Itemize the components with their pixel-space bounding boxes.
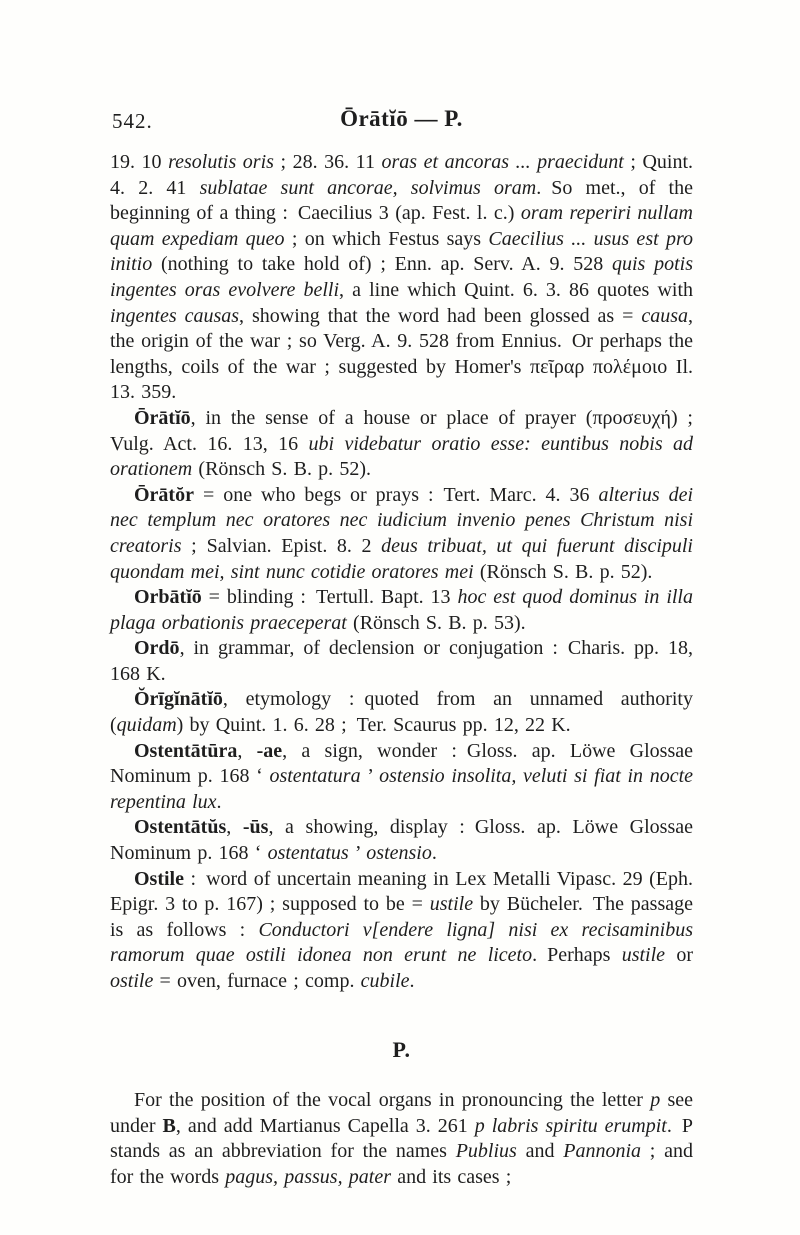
text-run: ustile (622, 944, 665, 966)
text-run: . (432, 842, 437, 864)
paragraph: 19. 10 resolutis oris ; 28. 36. 11 oras … (110, 150, 693, 406)
text-run: 19. 10 (110, 151, 168, 173)
text-run: -ūs (243, 816, 269, 838)
text-run: -ae (257, 740, 283, 762)
text-run: . (410, 970, 415, 992)
text-run: Ōrātĭō (134, 407, 191, 429)
text-run: Publius (456, 1140, 517, 1162)
text-run: ) by Quint. 1. 6. 28 ; Ter. Scaurus pp. … (177, 714, 571, 736)
paragraph: Ŏrīgĭnātĭō, etymology : quoted from an u… (110, 687, 693, 738)
text-run: p (650, 1089, 660, 1111)
text-run: ’ (349, 842, 367, 864)
text-run: πεῖραρ πολέμοιο (530, 356, 667, 378)
text-run: Ostentātūra (134, 740, 237, 762)
paragraph: Ōrātĭō, in the sense of a house or place… (110, 406, 693, 483)
text-run: ostile (110, 970, 153, 992)
text-run: ’ (361, 765, 380, 787)
text-run: , showing that the word had been glossed… (239, 305, 641, 327)
text-run: . (217, 791, 222, 813)
text-run: or (665, 944, 693, 966)
text-run: Ōrātŏr (134, 484, 194, 506)
text-run: προσευχή (592, 407, 671, 429)
paragraph: Orbātĭō = blinding : Tertull. Bapt. 13 h… (110, 585, 693, 636)
text-run: ; 28. 36. 11 (274, 151, 382, 173)
paragraph: Ostentātūra, -ae, a sign, wonder : Gloss… (110, 739, 693, 816)
text-run: , in grammar, of declension or conjugati… (110, 637, 693, 685)
text-run: Ostile (134, 868, 184, 890)
text-run: , in the sense of a house or place of pr… (191, 407, 593, 429)
text-run: ustile (430, 893, 473, 915)
text-run: Orbātĭō (134, 586, 202, 608)
text-run: ; on which Festus says (285, 228, 489, 250)
text-run: , (226, 816, 243, 838)
text-run: Ŏrīgĭnātĭō (134, 688, 223, 710)
text-run: . Perhaps (532, 944, 622, 966)
paragraph: Ōrātŏr = one who begs or prays : Tert. M… (110, 483, 693, 585)
text-run: and its cases ; (391, 1166, 511, 1188)
text-run: Ostentātŭs (134, 816, 226, 838)
text-run: ; Salvian. Epist. 8. 2 (181, 535, 381, 557)
text-run: ostentatus (268, 842, 349, 864)
text-run: ostensio (366, 842, 432, 864)
page-header: 542. Ōrātĭō — P. (110, 106, 693, 138)
paragraph: Ostile : word of uncertain meaning in Le… (110, 867, 693, 995)
text-run: , and add Martianus Capella 3. 261 (176, 1115, 475, 1137)
paragraph: Ordō, in grammar, of declension or conju… (110, 636, 693, 687)
text-run: (Rönsch S. B. p. 52). (474, 561, 653, 583)
text-run: , (237, 740, 256, 762)
text-run: = oven, furnace ; comp. (153, 970, 360, 992)
text-run: and (517, 1140, 563, 1162)
text-run: pagus, passus, pater (225, 1166, 391, 1188)
text-run: (nothing to take hold of) ; Enn. ap. Ser… (152, 253, 612, 275)
text-run: cubile (361, 970, 410, 992)
text-run: (Rönsch S. B. p. 53). (347, 612, 526, 634)
text-run: sublatae sunt ancorae, solvimus oram (200, 177, 537, 199)
text-run: p labris spiritu erumpit (475, 1115, 667, 1137)
text-run: Ordō (134, 637, 180, 659)
page-body: 19. 10 resolutis oris ; 28. 36. 11 oras … (110, 150, 693, 1191)
text-run: = blinding : Tertull. Bapt. 13 (202, 586, 458, 608)
text-run: (Rönsch S. B. p. 52). (192, 458, 371, 480)
running-head-title: Ōrātĭō — P. (110, 106, 693, 132)
text-run: quidam (117, 714, 177, 736)
book-page: 542. Ōrātĭō — P. 19. 10 resolutis oris ;… (0, 0, 800, 1235)
text-run: ingentes causas (110, 305, 239, 327)
text-run: ostentatura (269, 765, 360, 787)
paragraph: For the position of the vocal organs in … (110, 1088, 693, 1190)
text-run: B (163, 1115, 176, 1137)
text-run: Pannonia (563, 1140, 641, 1162)
section-heading: P. (110, 1037, 693, 1063)
text-run: resolutis oris (168, 151, 274, 173)
text-run: = one who begs or prays : Tert. Marc. 4.… (194, 484, 599, 506)
paragraph: Ostentātŭs, -ūs, a showing, display : Gl… (110, 815, 693, 866)
text-run: causa (641, 305, 688, 327)
text-run: , a line which Quint. 6. 3. 86 quotes wi… (339, 279, 693, 301)
text-run: For the position of the vocal organs in … (134, 1089, 650, 1111)
text-run: oras et ancoras ... praecidunt (382, 151, 624, 173)
